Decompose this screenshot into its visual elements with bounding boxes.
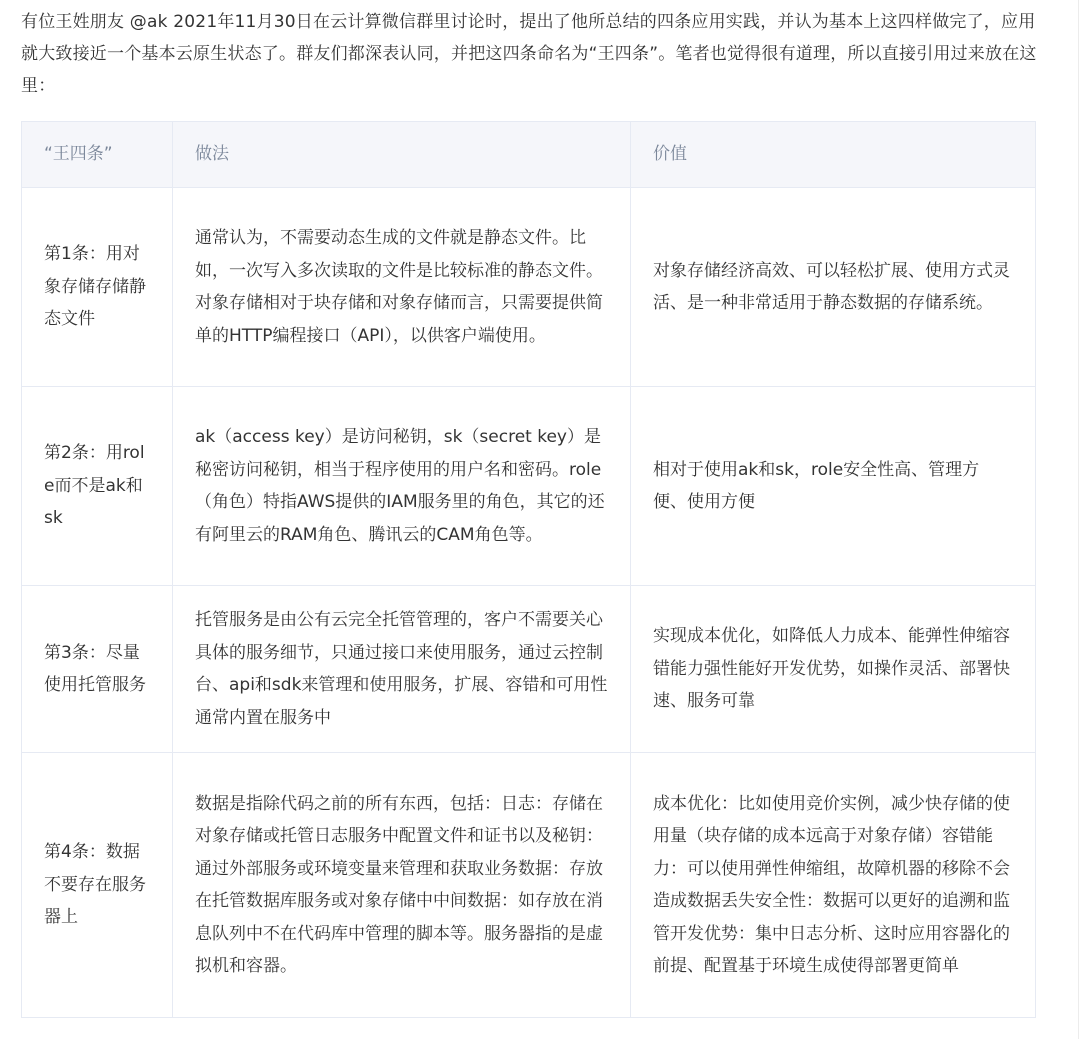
header-rule: “王四条” bbox=[22, 122, 173, 188]
practice-cell: 数据是指除代码之前的所有东西，包括：日志：存储在对象存储或托管日志服务中配置文件… bbox=[173, 753, 631, 1018]
header-practice: 做法 bbox=[173, 122, 631, 188]
rule-cell: 第4条：数据不要存在服务器上 bbox=[22, 753, 173, 1018]
value-cell: 成本优化：比如使用竞价实例，减少快存储的使用量（块存储的成本远高于对象存储）容错… bbox=[631, 753, 1036, 1018]
value-cell: 实现成本优化，如降低人力成本、能弹性伸缩容错能力强性能好开发优势，如操作灵活、部… bbox=[631, 586, 1036, 753]
rule-cell: 第1条：用对象存储存储静态文件 bbox=[22, 188, 173, 387]
practice-cell: 托管服务是由公有云完全托管管理的，客户不需要关心具体的服务细节，只通过接口来使用… bbox=[173, 586, 631, 753]
table-row: 第1条：用对象存储存储静态文件 通常认为，不需要动态生成的文件就是静态文件。比如… bbox=[22, 188, 1036, 387]
practice-cell: ak（access key）是访问秘钥，sk（secret key）是秘密访问秘… bbox=[173, 387, 631, 586]
table-header-row: “王四条” 做法 价值 bbox=[22, 122, 1036, 188]
value-cell: 对象存储经济高效、可以轻松扩展、使用方式灵活、是一种非常适用于静态数据的存储系统… bbox=[631, 188, 1036, 387]
table-row: 第3条：尽量使用托管服务 托管服务是由公有云完全托管管理的，客户不需要关心具体的… bbox=[22, 586, 1036, 753]
rule-cell: 第2条：用role而不是ak和sk bbox=[22, 387, 173, 586]
page-edge-divider bbox=[1078, 0, 1079, 1039]
rule-cell: 第3条：尽量使用托管服务 bbox=[22, 586, 173, 753]
header-value: 价值 bbox=[631, 122, 1036, 188]
table-row: 第2条：用role而不是ak和sk ak（access key）是访问秘钥，sk… bbox=[22, 387, 1036, 586]
value-cell: 相对于使用ak和sk，role安全性高、管理方便、使用方便 bbox=[631, 387, 1036, 586]
table-row: 第4条：数据不要存在服务器上 数据是指除代码之前的所有东西，包括：日志：存储在对… bbox=[22, 753, 1036, 1018]
intro-paragraph: 有位王姓朋友 @ak 2021年11月30日在云计算微信群里讨论时，提出了他所总… bbox=[21, 6, 1041, 102]
practice-cell: 通常认为，不需要动态生成的文件就是静态文件。比如，一次写入多次读取的文件是比较标… bbox=[173, 188, 631, 387]
wang-four-rules-table: “王四条” 做法 价值 第1条：用对象存储存储静态文件 通常认为，不需要动态生成… bbox=[21, 121, 1036, 1018]
